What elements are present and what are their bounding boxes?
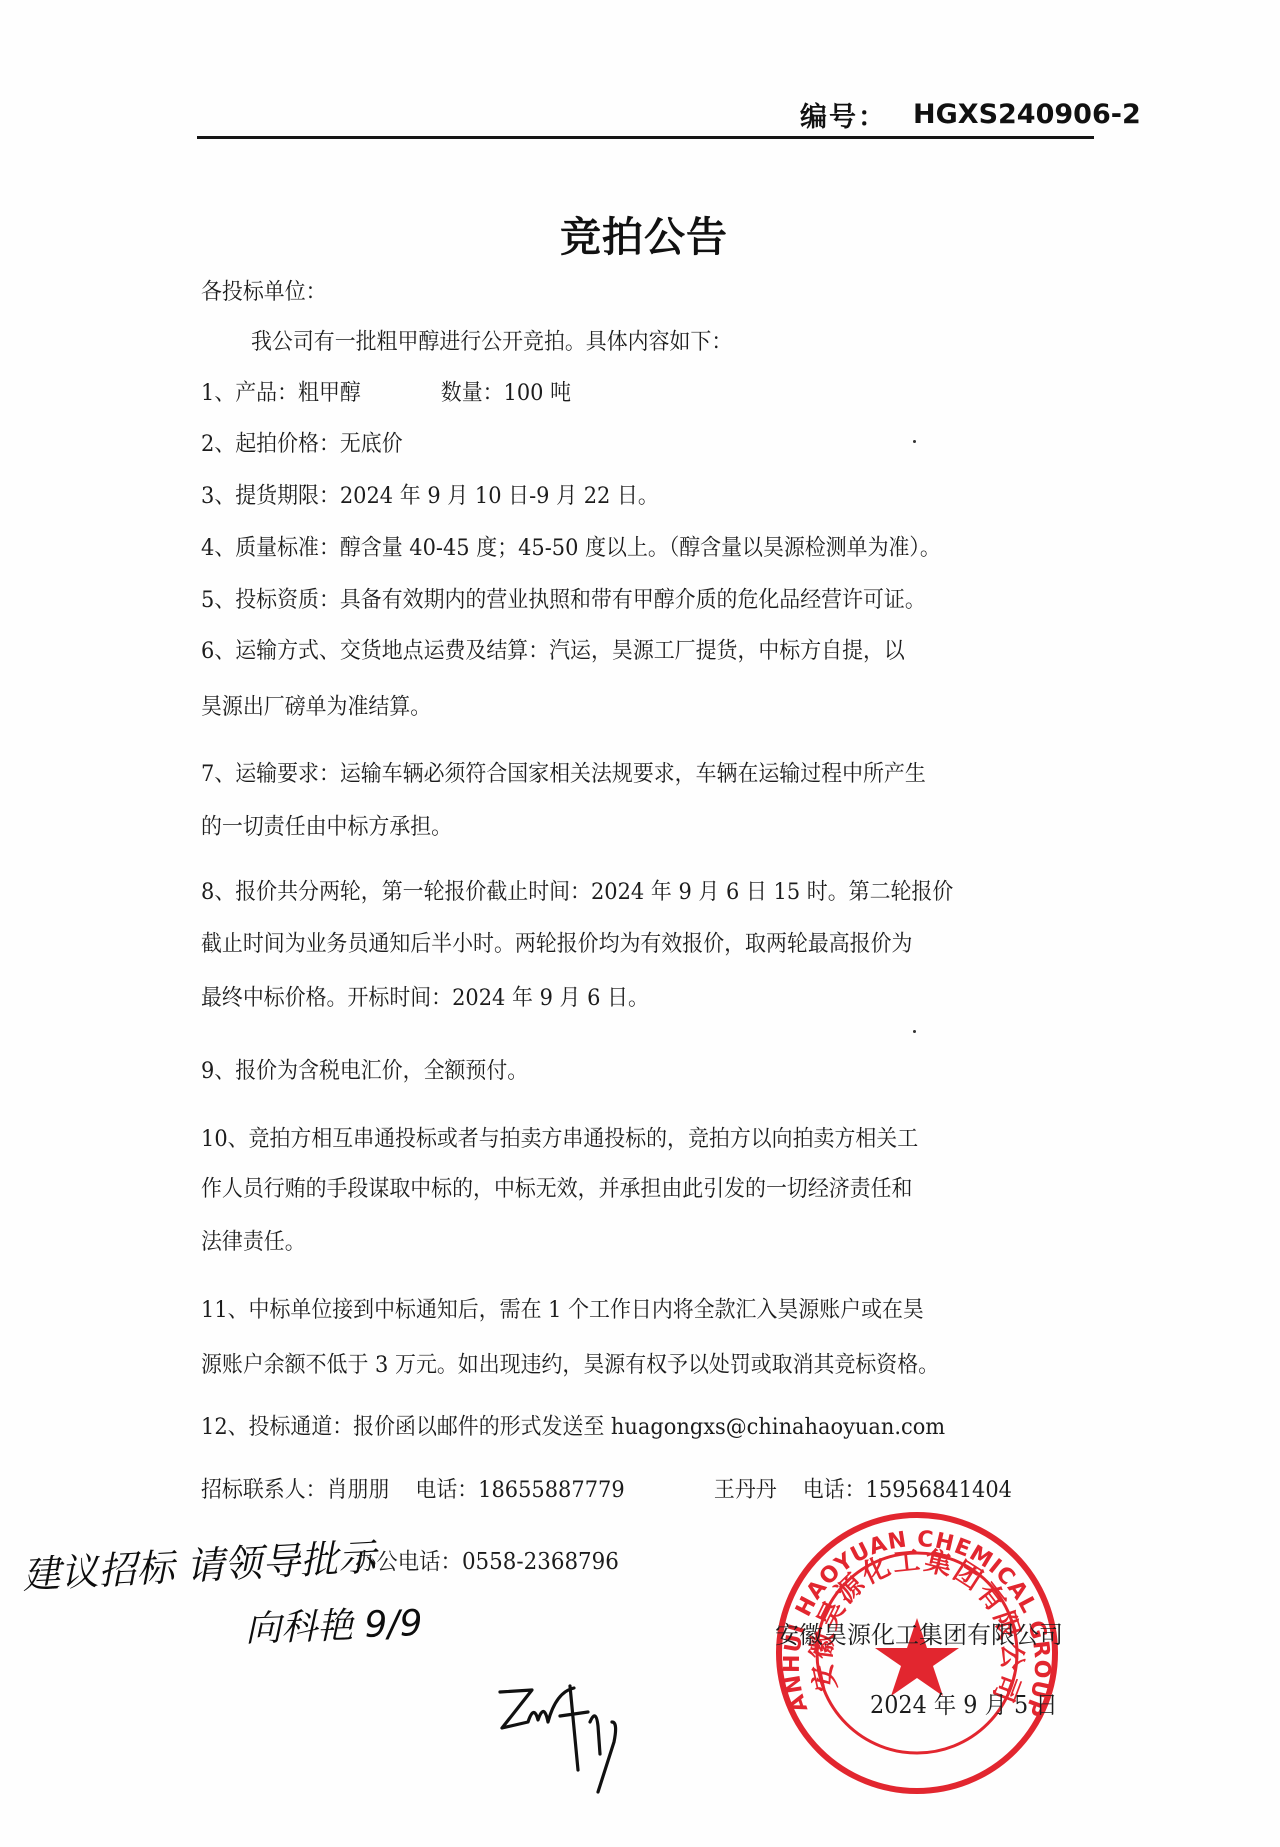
office-phone: 办公电话：0558-2368796: [355, 1547, 619, 1577]
issuer-date: 2024 年 9 月 5 日: [870, 1690, 1058, 1720]
contact-1-phone-label: 电话：: [415, 1477, 478, 1503]
header-divider: [197, 136, 1094, 139]
item-8-line-2: 截止时间为业务员通知后半小时。两轮报价均为有效报价，取两轮最高报价为: [201, 929, 912, 959]
office-phone-value: 0558-2368796: [462, 1549, 619, 1575]
item-3: 3、提货期限：2024 年 9 月 10 日-9 月 22 日。: [201, 481, 659, 511]
item-10-line-1: 10、竞拍方相互串通投标或者与拍卖方串通投标的，竞拍方以向拍卖方相关工: [201, 1124, 918, 1154]
scan-speck: [913, 440, 916, 443]
contact-1-phone: 18655887779: [478, 1477, 624, 1503]
item-6-line-2: 昊源出厂磅单为准结算。: [201, 692, 431, 722]
contact-1-name: 肖朋朋: [327, 1477, 390, 1503]
intro-paragraph: 我公司有一批粗甲醇进行公开竞拍。具体内容如下：: [251, 327, 732, 357]
handwritten-note: 建议招标 请领导批示: [21, 1526, 377, 1599]
item-7-line-2: 的一切责任由中标方承担。: [201, 812, 452, 842]
item-5: 5、投标资质：具备有效期内的营业执照和带有甲醇介质的危化品经营许可证。: [201, 585, 926, 615]
item-11-line-1: 11、中标单位接到中标通知后，需在 1 个工作日内将全款汇入昊源账户或在昊: [201, 1295, 924, 1325]
item-1-product: 1、产品：粗甲醇: [201, 380, 361, 406]
page-title: 竞拍公告: [560, 204, 728, 263]
contact-2-phone-label: 电话：: [803, 1477, 866, 1503]
contact-label: 招标联系人：: [201, 1477, 327, 1503]
document-number-value: HGXS240906-2: [913, 99, 1141, 130]
item-10-line-2: 作人员行贿的手段谋取中标的，中标无效，并承担由此引发的一切经济责任和: [201, 1174, 912, 1204]
item-1-quantity: 数量：100 吨: [441, 380, 571, 406]
item-10-line-3: 法律责任。: [201, 1227, 306, 1257]
item-8-line-3: 最终中标价格。开标时间：2024 年 9 月 6 日。: [201, 983, 649, 1013]
item-9: 9、报价为含税电汇价，全额预付。: [201, 1056, 528, 1086]
company-seal-icon: ANHUI HAOYUAN CHEMICAL GROUP CO.,LTD. 安徽…: [772, 1508, 1062, 1798]
document-number-label: 编号：: [800, 95, 887, 134]
contact-2-name: 王丹丹: [714, 1477, 777, 1503]
item-4: 4、质量标准：醇含量 40-45 度；45-50 度以上。（醇含量以昊源检测单为…: [201, 533, 941, 563]
document-page: 编号： HGXS240906-2 竞拍公告 各投标单位： 我公司有一批粗甲醇进行…: [0, 0, 1280, 1847]
item-11-line-2: 源账户余额不低于 3 万元。如出现违约，昊源有权予以处罚或取消其竞标资格。: [201, 1350, 939, 1380]
item-8-line-1: 8、报价共分两轮，第一轮报价截止时间：2024 年 9 月 6 日 15 时。第…: [201, 877, 953, 907]
item-7-line-1: 7、运输要求：运输车辆必须符合国家相关法规要求，车辆在运输过程中所产生: [201, 759, 926, 789]
salutation: 各投标单位：: [201, 277, 327, 307]
issuer-company: 安徽昊源化工集团有限公司: [775, 1620, 1063, 1650]
item-2: 2、起拍价格：无底价: [201, 429, 403, 459]
item-1: 1、产品：粗甲醇数量：100 吨: [201, 378, 571, 408]
item-12-bid-channel: 12、投标通道：报价函以邮件的形式发送至 huagongxs@chinahaoy…: [201, 1412, 945, 1442]
scan-speck: [913, 1030, 916, 1033]
item-6-line-1: 6、运输方式、交货地点运费及结算：汽运，昊源工厂提货，中标方自提，以: [201, 636, 905, 666]
document-number: 编号： HGXS240906-2: [800, 96, 1095, 132]
contact-line: 招标联系人：肖朋朋电话：18655887779王丹丹电话：15956841404: [201, 1475, 1012, 1505]
signature-icon: [490, 1682, 650, 1812]
contact-2-phone: 15956841404: [866, 1477, 1012, 1503]
handwritten-initials: 向科艳 9/9: [244, 1595, 423, 1652]
